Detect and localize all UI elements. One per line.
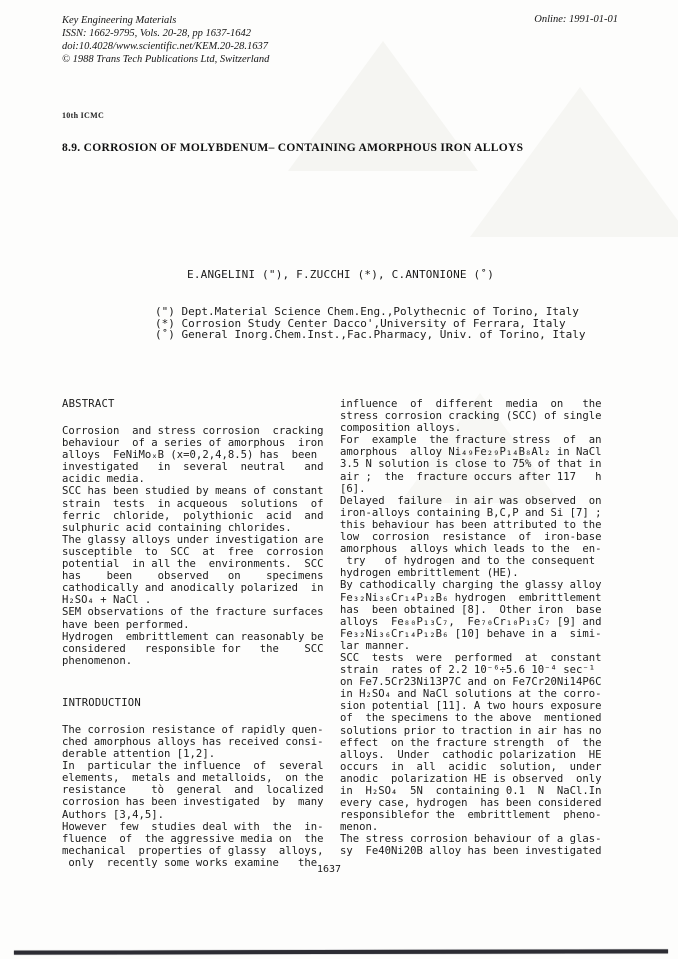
- conference-tag: 10th ICMC: [62, 111, 104, 120]
- affiliations: (") Dept.Material Science Chem.Eng.,Poly…: [155, 306, 585, 341]
- right-column: influence of different media on the stre…: [340, 398, 624, 858]
- journal-header: Key Engineering Materials ISSN: 1662-979…: [62, 14, 269, 66]
- right-column-text: influence of different media on the stre…: [340, 398, 624, 858]
- page-number: 1637: [317, 864, 341, 875]
- authors-line: E.ANGELINI ("), F.ZUCCHI (*), C.ANTONION…: [187, 268, 494, 281]
- journal-issn: ISSN: 1662-9795, Vols. 20-28, pp 1637-16…: [62, 27, 269, 40]
- introduction-text: The corrosion resistance of rapidly quen…: [62, 724, 334, 869]
- abstract-text: Corrosion and stress corrosion cracking …: [62, 425, 334, 667]
- journal-copyright: © 1988 Trans Tech Publications Ltd, Swit…: [62, 53, 269, 66]
- paper-title: 8.9. CORROSION OF MOLYBDENUM– CONTAINING…: [62, 142, 622, 154]
- online-date: Online: 1991-01-01: [534, 14, 618, 25]
- journal-title: Key Engineering Materials: [62, 14, 269, 27]
- page-bottom-scan-edge: [14, 949, 668, 954]
- watermark-triangle: [470, 84, 678, 237]
- introduction-heading: INTRODUCTION: [62, 697, 334, 709]
- journal-doi: doi:10.4028/www.scientific.net/KEM.20-28…: [62, 40, 269, 53]
- abstract-heading: ABSTRACT: [62, 398, 334, 410]
- left-column: ABSTRACT Corrosion and stress corrosion …: [62, 398, 334, 869]
- scanned-paper-page: Key Engineering Materials ISSN: 1662-979…: [0, 0, 678, 959]
